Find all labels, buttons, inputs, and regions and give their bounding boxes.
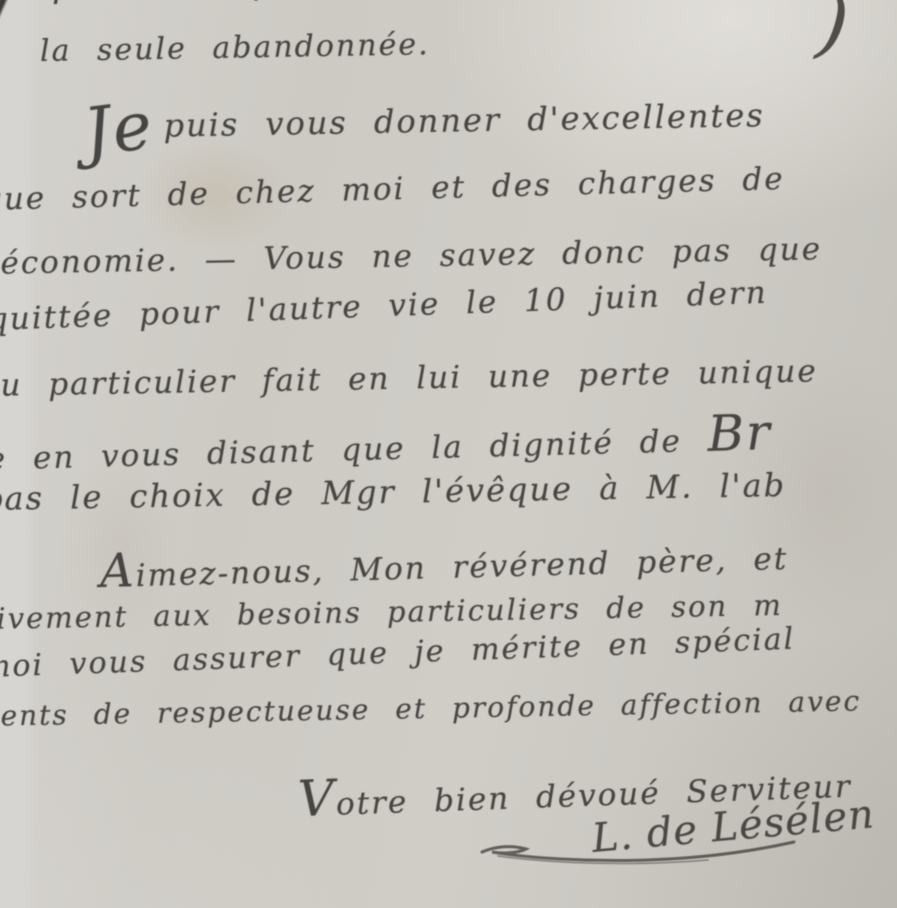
- handwriting-layer: première paroisse puisque de 18 ) la seu…: [0, 0, 897, 908]
- manuscript-letter-photo: première paroisse puisque de 18 ) la seu…: [0, 0, 897, 908]
- letter-line-4: que sort de chez moi et des charges de: [0, 161, 785, 218]
- letter-line-5: l'économie. — Vous ne savez donc pas que: [0, 231, 822, 282]
- letter-line-6: quittée pour l'autre vie le 10 juin dern: [0, 275, 768, 338]
- cropped-capital: Br: [707, 403, 773, 463]
- letter-line-2: la seule abandonnée.: [40, 27, 430, 69]
- letter-line-3: Jepuis vous donner d'excellentes: [84, 96, 765, 146]
- flourished-initial: Je: [84, 125, 153, 133]
- letter-line-10: Aimez-nous, Mon révérend père, et: [99, 526, 788, 598]
- pen-flourish-stroke: ): [813, 0, 853, 69]
- letter-line-7: au particulier fait en lui une perte uni…: [0, 353, 818, 404]
- letter-line-1-cropped: première paroisse puisque de 18: [52, 0, 737, 6]
- letter-line-13: ments de respectueuse et profonde affect…: [0, 684, 861, 733]
- letter-line-3-text: puis vous donner d'excellentes: [163, 96, 765, 144]
